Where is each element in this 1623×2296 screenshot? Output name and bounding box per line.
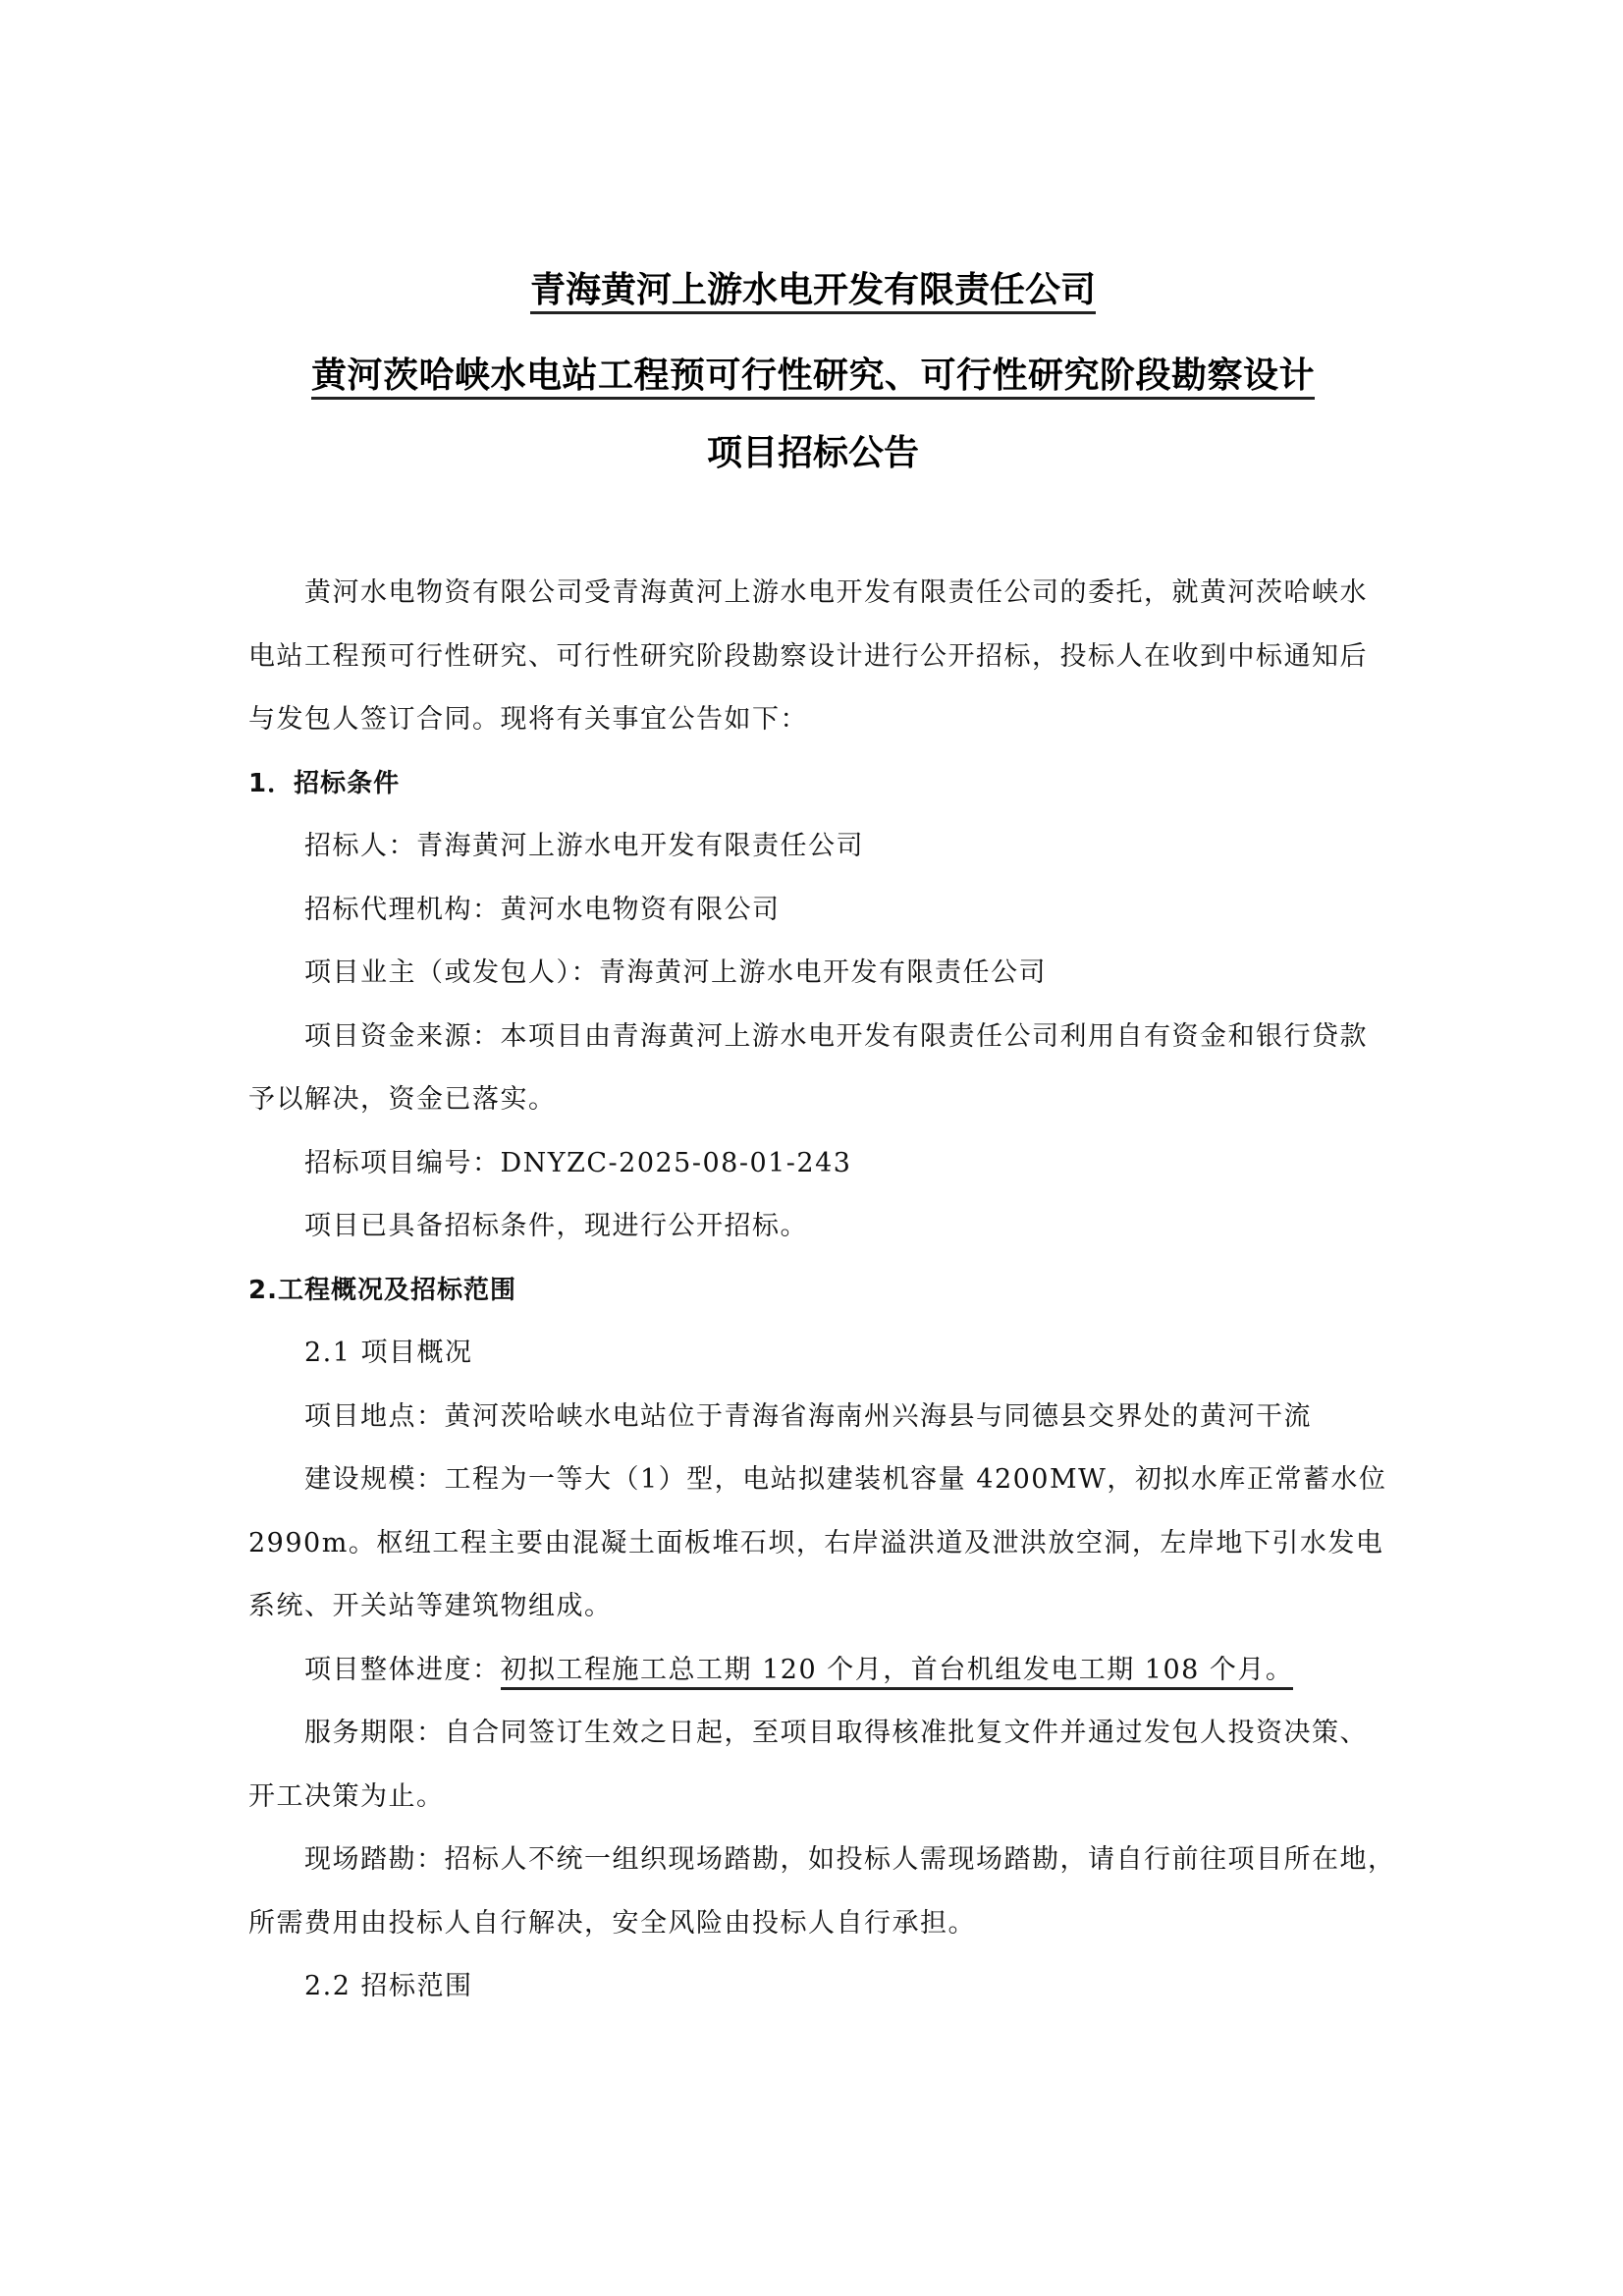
funding-source-cont: 予以解决，资金已落实。	[248, 1076, 1378, 1140]
tender-ready: 项目已具备招标条件，现进行公开招标。	[248, 1203, 1378, 1267]
project-progress: 项目整体进度：初拟工程施工总工期 120 个月，首台机组发电工期 108 个月。	[248, 1647, 1378, 1711]
service-period: 服务期限：自合同签订生效之日起，至项目取得核准批复文件并通过发包人投资决策、	[248, 1710, 1378, 1774]
title-line-2: 黄河茨哈峡水电站工程预可行性研究、可行性研究阶段勘察设计	[311, 355, 1315, 400]
title-line-3: 项目招标公告	[707, 433, 919, 474]
construction-scale-cont: 2990m。枢纽工程主要由混凝土面板堆石坝，右岸溢洪道及泄洪放空洞，左岸地下引水…	[248, 1520, 1378, 1584]
document-body: 黄河水电物资有限公司受青海黄河上游水电开发有限责任公司的委托，就黄河茨哈峡水 电…	[248, 570, 1378, 2027]
funding-source: 项目资金来源：本项目由青海黄河上游水电开发有限责任公司利用自有资金和银行贷款	[248, 1013, 1378, 1077]
progress-label: 项目整体进度：	[304, 1655, 501, 1685]
project-owner: 项目业主（或发包人）：青海黄河上游水电开发有限责任公司	[248, 950, 1378, 1013]
section-2-heading: 2.工程概况及招标范围	[248, 1267, 1378, 1331]
subsection-2-1: 2.1 项目概况	[248, 1330, 1378, 1394]
section-1-heading: 1．招标条件	[248, 760, 1378, 824]
progress-value: 初拟工程施工总工期 120 个月，首台机组发电工期 108 个月。	[501, 1655, 1294, 1690]
intro-line: 黄河水电物资有限公司受青海黄河上游水电开发有限责任公司的委托，就黄河茨哈峡水	[248, 570, 1378, 633]
project-number: 招标项目编号：DNYZC-2025-08-01-243	[248, 1140, 1378, 1204]
title-notice: 项目招标公告	[248, 432, 1378, 475]
title-line-1: 青海黄河上游水电开发有限责任公司	[530, 270, 1096, 314]
title-project: 黄河茨哈峡水电站工程预可行性研究、可行性研究阶段勘察设计	[248, 355, 1378, 398]
intro-line: 与发包人签订合同。现将有关事宜公告如下：	[248, 696, 1378, 760]
site-visit-cont: 所需费用由投标人自行解决，安全风险由投标人自行承担。	[248, 1900, 1378, 1964]
tender-agency: 招标代理机构：黄河水电物资有限公司	[248, 887, 1378, 951]
construction-scale: 建设规模：工程为一等大（1）型，电站拟建装机容量 4200MW，初拟水库正常蓄水…	[248, 1456, 1378, 1520]
construction-scale-cont: 系统、开关站等建筑物组成。	[248, 1583, 1378, 1647]
site-visit: 现场踏勘：招标人不统一组织现场踏勘，如投标人需现场踏勘，请自行前往项目所在地，	[248, 1836, 1378, 1900]
subsection-2-2: 2.2 招标范围	[248, 1963, 1378, 2027]
intro-line: 电站工程预可行性研究、可行性研究阶段勘察设计进行公开招标，投标人在收到中标通知后	[248, 633, 1378, 697]
service-period-cont: 开工决策为止。	[248, 1774, 1378, 1837]
title-company: 青海黄河上游水电开发有限责任公司	[248, 269, 1378, 312]
tenderer: 招标人：青海黄河上游水电开发有限责任公司	[248, 823, 1378, 887]
project-location: 项目地点：黄河茨哈峡水电站位于青海省海南州兴海县与同德县交界处的黄河干流	[248, 1394, 1378, 1457]
